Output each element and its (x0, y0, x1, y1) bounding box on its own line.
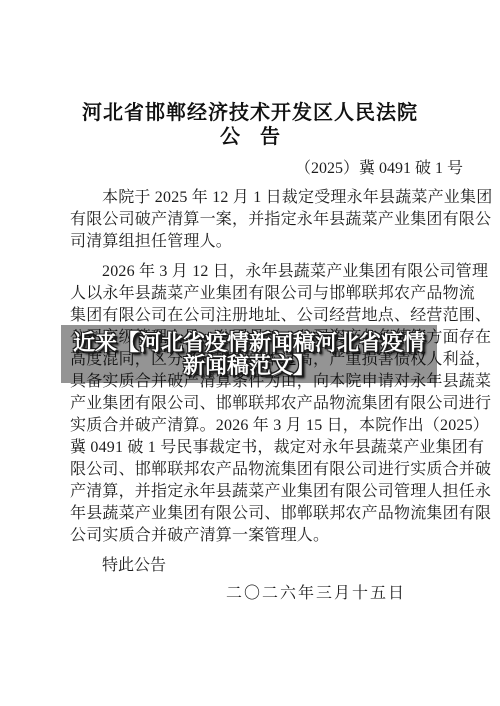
case-number: （2025）冀 0491 破 1 号 (0, 158, 500, 180)
closing-statement: 特此公告 (70, 555, 466, 577)
announcement-heading: 公 告 (0, 125, 500, 149)
court-announcement-page: 河北省邯郸经济技术开发区人民法院 公 告 （2025）冀 0491 破 1 号 … (0, 0, 500, 706)
text-line: 有限公司破产清算一案，并指定永年县蔬菜产业集团有限公 (70, 209, 466, 231)
caption-overlay-band: 近来【河北省疫情新闻稿河北省疫情 新闻稿范文】 (61, 325, 437, 383)
text-line: 集团有限公司在公司注册地址、公司经营地点、经营范围、 (70, 305, 466, 327)
caption-text-line-1: 近来【河北省疫情新闻稿河北省疫情 (73, 331, 425, 354)
text-line: 2026 年 3 月 12 日，永年县蔬菜产业集团有限公司管理 (70, 261, 466, 283)
text-line: 限公司、邯郸联邦农产品物流集团有限公司进行实质合并破 (70, 459, 466, 481)
text-line: 公司实质合并破产清算一案管理人。 (70, 525, 466, 547)
text-line: 冀 0491 破 1 号民事裁定书，裁定对永年县蔬菜产业集团有 (70, 437, 466, 459)
text-line: 产清算，并指定永年县蔬菜产业集团有限公司管理人担任永 (70, 481, 466, 503)
paragraph-2: 2026 年 3 月 12 日，永年县蔬菜产业集团有限公司管理 人以永年县蔬菜产… (70, 261, 466, 547)
caption-text-line-2: 新闻稿范文】 (183, 354, 315, 377)
text-line: 本院于 2025 年 12 月 1 日裁定受理永年县蔬菜产业集团 (70, 187, 466, 209)
announcement-text: 本院于 2025 年 12 月 1 日裁定受理永年县蔬菜产业集团 有限公司破产清… (70, 187, 466, 605)
text-line: 年县蔬菜产业集团有限公司、邯郸联邦农产品物流集团有限 (70, 503, 466, 525)
paragraph-1: 本院于 2025 年 12 月 1 日裁定受理永年县蔬菜产业集团 有限公司破产清… (70, 187, 466, 253)
text-line: 产业集团有限公司、邯郸联邦农产品物流集团有限公司进行 (70, 393, 466, 415)
text-line: 司清算组担任管理人。 (70, 231, 466, 253)
text-line: 实质合并破产清算。2026 年 3 月 15 日，本院作出（2025） (70, 415, 466, 437)
announcement-date: 二〇二六年三月十五日 (70, 583, 466, 605)
text-line: 人以永年县蔬菜产业集团有限公司与邯郸联邦农产品物流 (70, 283, 466, 305)
court-title: 河北省邯郸经济技术开发区人民法院 (0, 101, 500, 125)
